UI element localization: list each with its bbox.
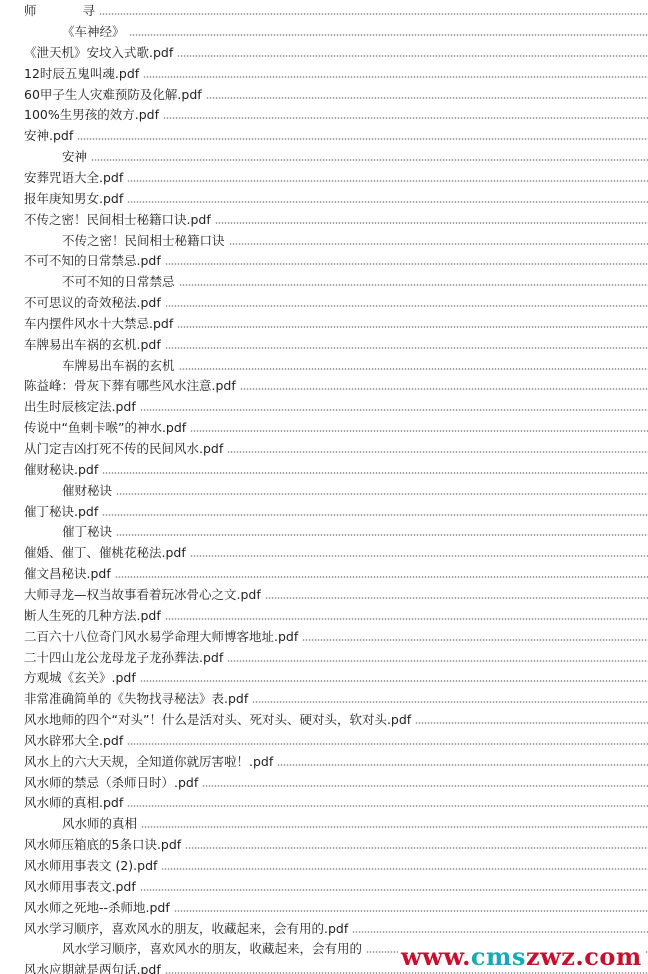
entry-label: 不可不知的日常禁忌 <box>62 272 179 292</box>
dot-leader <box>163 117 648 119</box>
entry-label: 催财秘诀 <box>62 481 116 501</box>
entry-label: 安神.pdf <box>24 126 77 146</box>
dot-leader <box>127 180 648 182</box>
entry-label: 不传之密！民间相士秘籍口诀 <box>62 231 229 251</box>
toc-entry[interactable]: 风水师压箱底的5条口诀.pdf <box>0 835 648 855</box>
entry-label: 方观城《玄关》.pdf <box>24 668 140 688</box>
entry-label: 从门定吉凶打死不传的民间风水.pdf <box>24 439 227 459</box>
toc-entry[interactable]: 车牌易出车祸的玄机.pdf <box>0 335 648 355</box>
dot-leader <box>240 388 648 390</box>
dot-leader <box>202 785 648 787</box>
entry-label: 催丁秘诀 <box>62 522 116 542</box>
toc-entry[interactable]: 传说中“鱼刺卡喉”的神水.pdf <box>0 418 648 438</box>
entry-label: 催文昌秘诀.pdf <box>24 564 115 584</box>
entry-label: 风水师的禁忌（杀师日时）.pdf <box>24 773 202 793</box>
toc-entry[interactable]: 陈益峰：骨灰下葬有哪些风水注意.pdf <box>0 376 648 396</box>
entry-label: 60甲子生人灾难预防及化解.pdf <box>24 85 206 105</box>
entry-label: 12时辰五鬼叫魂.pdf <box>24 64 143 84</box>
toc-entry[interactable]: 风水师用事表文 (2).pdf <box>0 856 648 876</box>
toc-entry[interactable]: 60甲子生人灾难预防及化解.pdf <box>0 85 648 105</box>
toc-entry[interactable]: 二十四山龙公龙母龙子龙孙葬法.pdf <box>0 648 648 668</box>
dot-leader <box>252 701 648 703</box>
dot-leader <box>116 534 648 536</box>
dot-leader <box>227 451 648 453</box>
dot-leader <box>190 555 648 557</box>
dot-leader <box>99 13 648 15</box>
dot-leader <box>102 472 648 474</box>
toc-entry[interactable]: 风水师的真相.pdf <box>0 793 648 813</box>
dot-leader <box>165 305 648 307</box>
toc-entry[interactable]: 断人生死的几种方法.pdf <box>0 606 648 626</box>
entry-label: 大师寻龙—权当故事看着玩冰骨心之文.pdf <box>24 585 265 605</box>
dot-leader <box>277 764 648 766</box>
toc-entry[interactable]: 二百六十八位奇门风水易学命理大师博客地址.pdf <box>0 627 648 647</box>
toc-entry[interactable]: 风水师之死地--杀师地.pdf <box>0 898 648 918</box>
entry-label: 风水应期就是两句话.pdf <box>24 960 165 974</box>
entry-label: 风水上的六大天规，全知道你就厉害啦！.pdf <box>24 752 277 772</box>
dot-leader <box>206 97 648 99</box>
toc-entry[interactable]: 催丁秘诀.pdf <box>0 502 648 522</box>
entry-label: 报年庚知男女.pdf <box>24 189 127 209</box>
dot-leader <box>302 639 648 641</box>
dot-leader <box>140 409 648 411</box>
toc-subentry[interactable]: 不可不知的日常禁忌 <box>0 272 648 292</box>
toc-entry[interactable]: 风水上的六大天规，全知道你就厉害啦！.pdf <box>0 752 648 772</box>
toc-entry[interactable]: 从门定吉凶打死不传的民间风水.pdf <box>0 439 648 459</box>
toc-entry[interactable]: 100%生男孩的效方.pdf <box>0 105 648 125</box>
toc-entry[interactable]: 风水师用事表文.pdf <box>0 877 648 897</box>
entry-label: 风水师用事表文.pdf <box>24 877 140 897</box>
dot-leader <box>352 931 648 933</box>
dot-leader <box>91 159 648 161</box>
dot-leader <box>127 201 648 203</box>
entry-label: 不可思议的奇效秘法.pdf <box>24 293 165 313</box>
dot-leader <box>141 826 648 828</box>
dot-leader <box>165 347 648 349</box>
dot-leader <box>165 618 648 620</box>
entry-label: 非常准确简单的《失物找寻秘法》表.pdf <box>24 689 252 709</box>
toc-entry[interactable]: 报年庚知男女.pdf <box>0 189 648 209</box>
toc-entry[interactable]: 催文昌秘诀.pdf <box>0 564 648 584</box>
entry-label: 《车神经》 <box>62 22 129 42</box>
entry-label: 风水地师的四个“对头”！什么是活对头、死对头、硬对头，软对头.pdf <box>24 710 415 730</box>
dot-leader <box>415 722 648 724</box>
dot-leader <box>229 243 648 245</box>
entry-label: 催丁秘诀.pdf <box>24 502 102 522</box>
dot-leader <box>215 222 648 224</box>
dot-leader <box>143 76 648 78</box>
entry-label: 车牌易出车祸的玄机.pdf <box>24 335 165 355</box>
toc-entry[interactable]: 催婚、催丁、催桃花秘法.pdf <box>0 543 648 563</box>
entry-label: 催财秘诀.pdf <box>24 460 102 480</box>
dot-leader <box>116 493 648 495</box>
toc-entry[interactable]: 风水师的禁忌（杀师日时）.pdf <box>0 773 648 793</box>
entry-label: 100%生男孩的效方.pdf <box>24 105 163 125</box>
entry-label: 陈益峰：骨灰下葬有哪些风水注意.pdf <box>24 376 240 396</box>
toc-entry[interactable]: 风水学习顺序，喜欢风水的朋友，收藏起来，会有用的.pdf <box>0 919 648 939</box>
dot-leader <box>227 660 648 662</box>
toc-entry[interactable]: 风水辟邪大全.pdf <box>0 731 648 751</box>
dot-leader <box>177 326 648 328</box>
toc-subentry[interactable]: 催丁秘诀 <box>0 522 648 542</box>
entry-label: 风水学习顺序，喜欢风水的朋友，收藏起来，会有用的 <box>62 939 366 959</box>
toc-entry[interactable]: 出生时辰核定法.pdf <box>0 397 648 417</box>
watermark-text-zwz: zwz.com <box>526 942 642 971</box>
dot-leader <box>115 576 648 578</box>
toc-entry[interactable]: 催财秘诀.pdf <box>0 460 648 480</box>
dot-leader <box>179 284 648 286</box>
entry-label: 传说中“鱼刺卡喉”的神水.pdf <box>24 418 190 438</box>
toc-entry[interactable]: 不可不知的日常禁忌.pdf <box>0 251 648 271</box>
dot-leader <box>129 34 648 36</box>
dot-leader <box>102 514 648 516</box>
entry-label: 风水师的真相 <box>62 814 141 834</box>
toc-entry[interactable]: 不可思议的奇效秘法.pdf <box>0 293 648 313</box>
entry-label: 安神 <box>62 147 91 167</box>
entry-label: 二百六十八位奇门风水易学命理大师博客地址.pdf <box>24 627 302 647</box>
toc-entry[interactable]: 《泄天机》安坟入式歌.pdf <box>0 43 648 63</box>
toc-entry[interactable]: 非常准确简单的《失物找寻秘法》表.pdf <box>0 689 648 709</box>
entry-label: 风水师的真相.pdf <box>24 793 127 813</box>
entry-label: 安葬咒语大全.pdf <box>24 168 127 188</box>
entry-label: 车内摆件风水十大禁忌.pdf <box>24 314 177 334</box>
dot-leader <box>140 680 648 682</box>
toc-entry[interactable]: 车内摆件风水十大禁忌.pdf <box>0 314 648 334</box>
toc-entry[interactable]: 不传之密！民间相士秘籍口诀.pdf <box>0 210 648 230</box>
dot-leader <box>165 263 648 265</box>
dot-leader <box>127 743 648 745</box>
watermark-text-cms: cms <box>471 942 526 971</box>
watermark-text-www: www. <box>401 942 471 971</box>
entry-label: 风水师压箱底的5条口诀.pdf <box>24 835 185 855</box>
toc-entry[interactable]: 风水地师的四个“对头”！什么是活对头、死对头、硬对头，软对头.pdf <box>0 710 648 730</box>
dot-leader <box>177 55 648 57</box>
entry-label: 风水辟邪大全.pdf <box>24 731 127 751</box>
toc-subentry[interactable]: 不传之密！民间相士秘籍口诀 <box>0 231 648 251</box>
toc-entry[interactable]: 12时辰五鬼叫魂.pdf <box>0 64 648 84</box>
entry-label: 断人生死的几种方法.pdf <box>24 606 165 626</box>
toc-entry[interactable]: 方观城《玄关》.pdf <box>0 668 648 688</box>
toc-subentry[interactable]: 安神 <box>0 147 648 167</box>
toc-subentry[interactable]: 《车神经》 <box>0 22 648 42</box>
entry-label: 《泄天机》安坟入式歌.pdf <box>24 43 177 63</box>
toc-subentry[interactable]: 风水师的真相 <box>0 814 648 834</box>
entry-label: 车牌易出车祸的玄机 <box>62 356 179 376</box>
entry-label: 风水师用事表文 (2).pdf <box>24 856 161 876</box>
dot-leader <box>185 847 648 849</box>
dot-leader <box>127 805 648 807</box>
toc-entry[interactable]: 大师寻龙—权当故事看着玩冰骨心之文.pdf <box>0 585 648 605</box>
entry-label: 风水师之死地--杀师地.pdf <box>24 898 174 918</box>
toc-entry[interactable]: 安葬咒语大全.pdf <box>0 168 648 188</box>
dot-leader <box>190 430 648 432</box>
entry-label: 不传之密！民间相士秘籍口诀.pdf <box>24 210 215 230</box>
toc-subentry[interactable]: 车牌易出车祸的玄机 <box>0 356 648 376</box>
dot-leader <box>265 597 648 599</box>
dot-leader <box>77 138 648 140</box>
entry-label: 二十四山龙公龙母龙子龙孙葬法.pdf <box>24 648 227 668</box>
toc-entry[interactable]: 安神.pdf <box>0 126 648 146</box>
dot-leader <box>161 868 648 870</box>
dot-leader <box>140 889 648 891</box>
entry-label: 风水学习顺序，喜欢风水的朋友，收藏起来，会有用的.pdf <box>24 919 352 939</box>
dot-leader <box>179 368 648 370</box>
toc-subentry[interactable]: 催财秘诀 <box>0 481 648 501</box>
toc-heading: 师寻 <box>0 1 648 21</box>
heading-label: 师寻 <box>24 1 99 21</box>
dot-leader <box>174 910 648 912</box>
entry-label: 出生时辰核定法.pdf <box>24 397 140 417</box>
site-watermark: www.cmszwz.com <box>398 943 645 971</box>
entry-label: 催婚、催丁、催桃花秘法.pdf <box>24 543 190 563</box>
entry-label: 不可不知的日常禁忌.pdf <box>24 251 165 271</box>
